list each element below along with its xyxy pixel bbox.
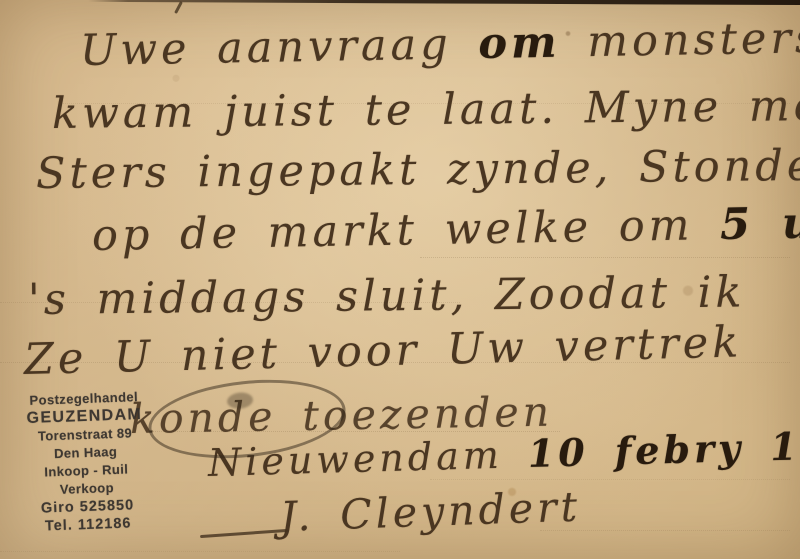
postcard-scan: Uwe aanvraag om monsters kwam juist te l…: [0, 0, 800, 559]
scan-edge-shadow: [0, 0, 800, 5]
handwriting-line-5: 's middags sluit, Zoodat ik: [28, 271, 746, 322]
handwriting-text-heavy: 5 uur: [720, 197, 800, 250]
handwriting-text: Sters ingepakt zynde, Stonden: [36, 140, 800, 199]
ruled-line: [0, 551, 400, 552]
handwriting-line-1: Uwe aanvraag om monsters: [80, 17, 800, 73]
handwriting-text-heavy: 10 febry 1873: [527, 421, 800, 476]
signature-text: J. Cleyndert: [279, 483, 582, 541]
ink-speck: [174, 1, 183, 14]
ruled-line: [420, 257, 790, 258]
handwriting-line-3: Sters ingepakt zynde, Stonden: [36, 144, 800, 196]
handwriting-line-2: kwam juist te laat. Myne mon: [52, 85, 800, 136]
handwriting-text: op de markt welke om: [92, 200, 721, 261]
dealer-stamp: Postzegelhandel GEUZENDAM Torenstraat 89…: [14, 388, 159, 537]
handwriting-text: monsters: [560, 13, 800, 68]
handwriting-text: kwam juist te laat. Myne mon: [52, 81, 800, 139]
signature-flourish: [200, 529, 288, 538]
handwriting-text: Uwe aanvraag: [80, 19, 479, 76]
signature: J. Cleyndert: [279, 487, 581, 538]
handwriting-text: 's middags sluit, Zoodat ik: [28, 267, 746, 325]
postmark-smudge: [226, 391, 254, 410]
handwriting-text: Ze U niet voor Uw vertrek: [23, 317, 742, 385]
ruled-line: [430, 479, 790, 480]
handwriting-text-heavy: om: [478, 18, 561, 69]
dealer-stamp-tel: Tel. 112186: [18, 514, 159, 537]
handwriting-line-6: Ze U niet voor Uw vertrek: [23, 321, 742, 382]
handwriting-line-4: op de markt welke om 5 uur: [92, 201, 800, 258]
